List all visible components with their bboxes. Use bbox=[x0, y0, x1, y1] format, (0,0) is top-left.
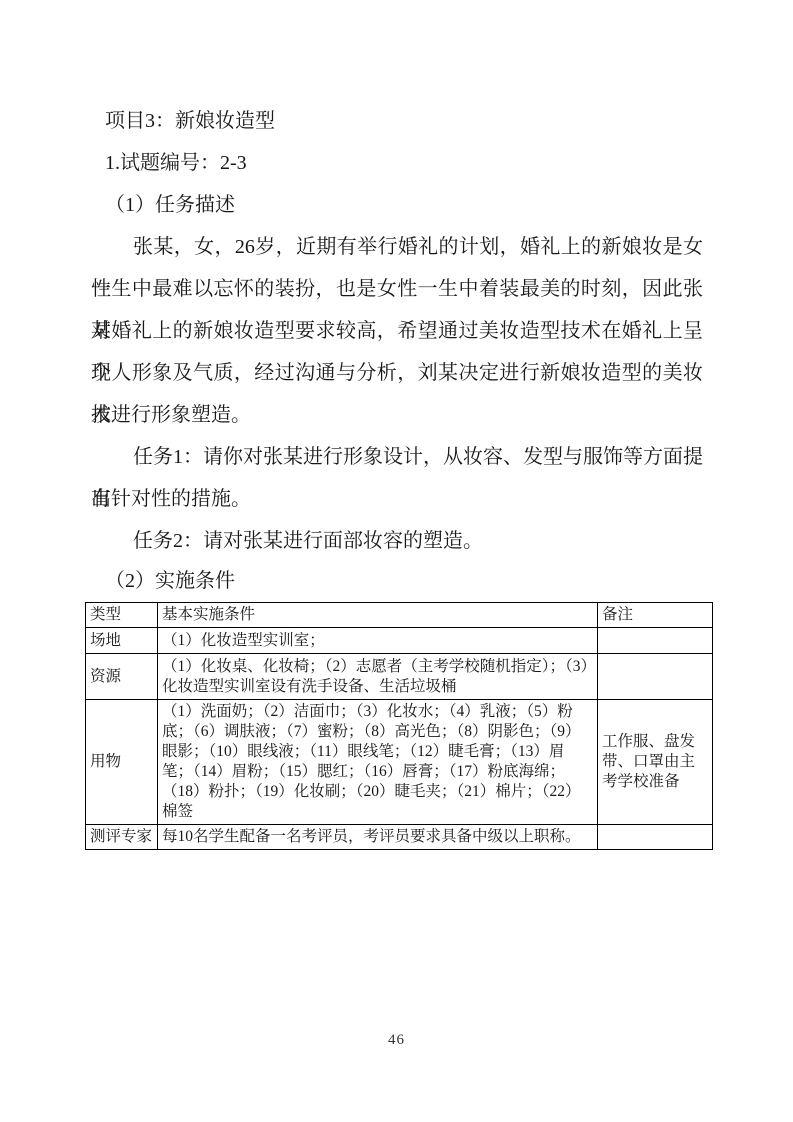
cell-type: 资源 bbox=[86, 654, 158, 700]
cell-condition: （1）化妆桌、化妆椅；（2）志愿者（主考学校随机指定）；（3）化妆造型实训室设有… bbox=[158, 654, 598, 700]
cell-type: 场地 bbox=[86, 628, 158, 654]
cell-condition: 每10名学生配备一名考评员，考评员要求具备中级以上职称。 bbox=[158, 825, 598, 850]
task1-line: 任务1：请你对张某进行形象设计，从妆容、发型与服饰等方面提出 bbox=[91, 436, 703, 478]
conditions-table: 类型 基本实施条件 备注 场地 （1）化妆造型实训室； 资源 （1）化妆桌、化妆… bbox=[85, 602, 713, 850]
paragraph-line: 个人形象及气质，经过沟通与分析，刘某决定进行新娘妆造型的美妆技 bbox=[91, 352, 703, 394]
text-column: 项目3：新娘妆造型 1.试题编号：2-3 （1）任务描述 张某，女，26岁，近期… bbox=[91, 100, 703, 600]
cell-condition: （1）化妆造型实训室； bbox=[158, 628, 598, 654]
col-header-type: 类型 bbox=[86, 603, 158, 628]
cell-remark bbox=[598, 628, 713, 654]
paragraph-line: 张某，女，26岁，近期有举行婚礼的计划，婚礼上的新娘妆是女性 bbox=[91, 226, 703, 268]
task1-line: 有针对性的措施。 bbox=[91, 478, 703, 520]
cell-remark: 工作服、盘发带、口罩由主考学校准备 bbox=[598, 700, 713, 825]
paragraph-line: 一生中最难以忘怀的装扮，也是女性一生中着装最美的时刻，因此张某 bbox=[91, 268, 703, 310]
col-header-remark: 备注 bbox=[598, 603, 713, 628]
task-description-heading: （1）任务描述 bbox=[91, 184, 703, 226]
cell-remark bbox=[598, 825, 713, 850]
cell-condition: （1）洗面奶；（2）洁面巾；（3）化妆水；（4）乳液；（5）粉底；（6）调肤液；… bbox=[158, 700, 598, 825]
table-row-evaluators: 测评专家 每10名学生配备一名考评员，考评员要求具备中级以上职称。 bbox=[86, 825, 713, 850]
task2-line: 任务2：请对张某进行面部妆容的塑造。 bbox=[91, 520, 703, 562]
project-title: 项目3：新娘妆造型 bbox=[91, 100, 703, 142]
table-header-row: 类型 基本实施条件 备注 bbox=[86, 603, 713, 628]
cell-type: 用物 bbox=[86, 700, 158, 825]
table-row-venue: 场地 （1）化妆造型实训室； bbox=[86, 628, 713, 654]
cell-type: 测评专家 bbox=[86, 825, 158, 850]
question-number: 1.试题编号：2-3 bbox=[91, 142, 703, 184]
col-header-condition: 基本实施条件 bbox=[158, 603, 598, 628]
paragraph-line: 术进行形象塑造。 bbox=[91, 394, 703, 436]
implementation-conditions-heading: （2）实施条件 bbox=[91, 562, 703, 600]
table-row-supplies: 用物 （1）洗面奶；（2）洁面巾；（3）化妆水；（4）乳液；（5）粉底；（6）调… bbox=[86, 700, 713, 825]
document-page: 项目3：新娘妆造型 1.试题编号：2-3 （1）任务描述 张某，女，26岁，近期… bbox=[0, 0, 793, 1122]
paragraph-line: 对婚礼上的新娘妆造型要求较高，希望通过美妆造型技术在婚礼上呈现 bbox=[91, 310, 703, 352]
table-row-resources: 资源 （1）化妆桌、化妆椅；（2）志愿者（主考学校随机指定）；（3）化妆造型实训… bbox=[86, 654, 713, 700]
cell-remark bbox=[598, 654, 713, 700]
page-number: 46 bbox=[0, 1032, 793, 1049]
